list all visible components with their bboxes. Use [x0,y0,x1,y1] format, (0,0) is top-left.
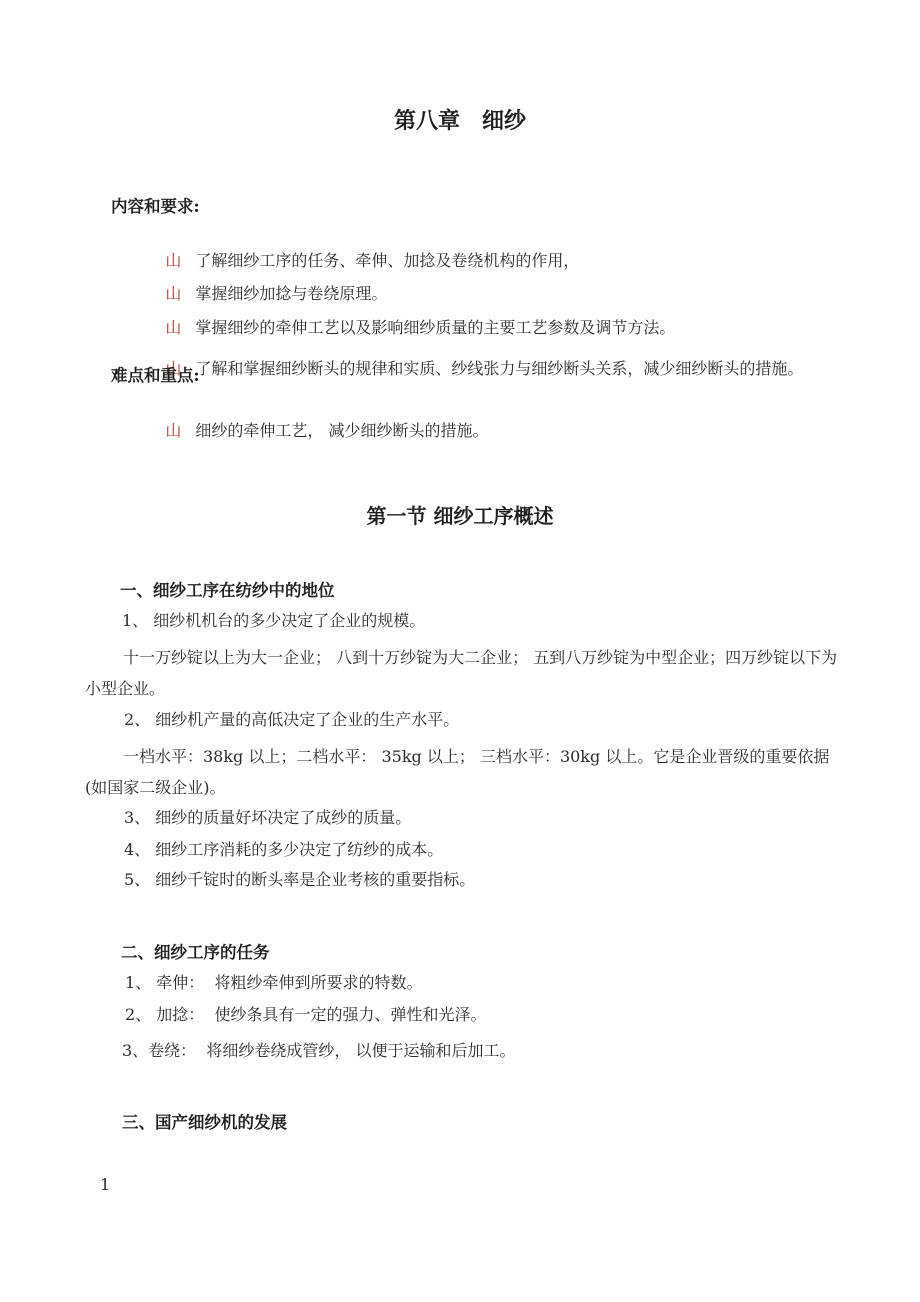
content-requirements-heading: 内容和要求: [111,196,200,217]
subsection3-heading: 三、国产细纱机的发展 [122,1112,287,1133]
page-number: 1 [100,1174,110,1195]
list-item: 2、 加捻： 使纱条具有一定的强力、弹性和光泽。 [125,1004,486,1025]
list-item: 1、 细纱机机台的多少决定了企业的规模。 [122,610,425,631]
key-point-item: 山细纱的牵伸工艺， 减少细纱断头的措施。 [145,399,488,462]
list-item: 4、 细纱工序消耗的多少决定了纺纱的成本。 [124,839,443,860]
paragraph: 十一万纱锭以上为大一企业； 八到十万纱锭为大二企业； 五到八万纱锭为中型企业；四… [85,642,851,704]
chapter-title: 第八章 细纱 [0,106,920,136]
key-points-heading: 难点和重点: [111,365,200,386]
requirement-item-text: 了解和掌握细纱断头的规律和实质、纱线张力与细纱断头关系，减少细纱断头的措施。 [195,359,803,378]
list-item: 3、卷绕： 将细纱卷绕成管纱， 以便于运输和后加工。 [122,1040,515,1061]
section-title: 第一节 细纱工序概述 [0,503,920,530]
bullet-marker: 山 [165,420,181,441]
requirement-item: 山了解和掌握细纱断头的规律和实质、纱线张力与细纱断头关系，减少细纱断头的措施。 [145,337,803,400]
subsection2-heading: 二、细纱工序的任务 [121,942,270,963]
key-point-item-text: 细纱的牵伸工艺， 减少细纱断头的措施。 [195,421,488,440]
bullet-marker: 山 [165,317,181,338]
requirement-item-text: 掌握细纱的牵伸工艺以及影响细纱质量的主要工艺参数及调节方法。 [195,318,675,337]
list-item: 5、 细纱千锭时的断头率是企业考核的重要指标。 [124,869,475,890]
list-item: 1、 牵伸： 将粗纱牵伸到所要求的特数。 [125,972,422,993]
paragraph: 一档水平：38kg 以上；二档水平： 35kg 以上； 三档水平：30kg 以上… [85,741,851,803]
list-item: 3、 细纱的质量好坏决定了成纱的质量。 [124,807,411,828]
document-page: 第八章 细纱 内容和要求: 山了解细纱工序的任务、牵伸、加捻及卷绕机构的作用， … [0,0,920,1302]
subsection1-heading: 一、细纱工序在纺纱中的地位 [120,580,335,601]
list-item: 2、 细纱机产量的高低决定了企业的生产水平。 [124,709,459,730]
